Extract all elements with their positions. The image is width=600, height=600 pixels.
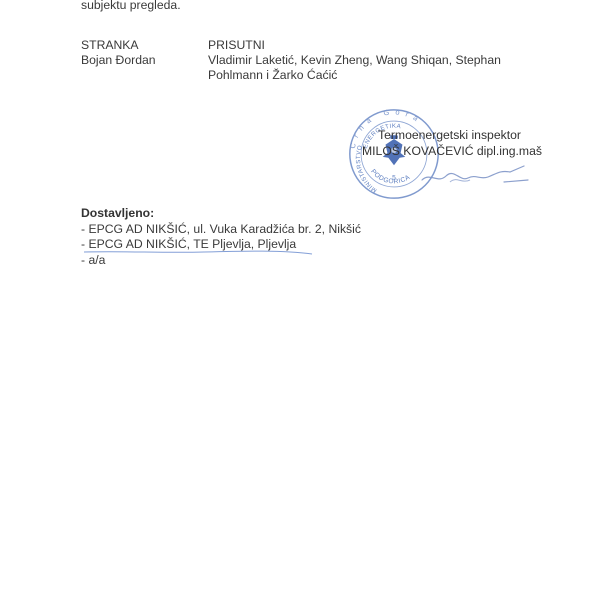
signature-icon	[420, 162, 530, 188]
ink-underline-mark	[84, 247, 314, 257]
signatory-title: Termoenergetski inspektor	[378, 127, 521, 143]
stamp-bottom-text: PODGORICA	[369, 168, 411, 185]
stranka-name: Bojan Đordan	[81, 52, 156, 68]
distribution-label: Dostavljeno:	[81, 205, 154, 221]
prisutni-label: PRISUTNI	[208, 37, 265, 53]
prisutni-names-line: Vladimir Laketić, Kevin Zheng, Wang Shiq…	[208, 52, 501, 68]
intro-text-tail: subjektu pregleda.	[81, 0, 181, 13]
stamp-number: 5	[392, 174, 396, 181]
signatory-name: MILOŠ KOVAČEVIĆ dipl.ing.maš	[362, 143, 542, 159]
distribution-recipient: - EPCG AD NIKŠIĆ, ul. Vuka Karadžića br.…	[81, 221, 361, 237]
prisutni-names-line: Pohlmann i Žarko Ćaćić	[208, 67, 337, 83]
svg-text:PODGORICA: PODGORICA	[369, 168, 411, 185]
stranka-label: STRANKA	[81, 37, 139, 53]
